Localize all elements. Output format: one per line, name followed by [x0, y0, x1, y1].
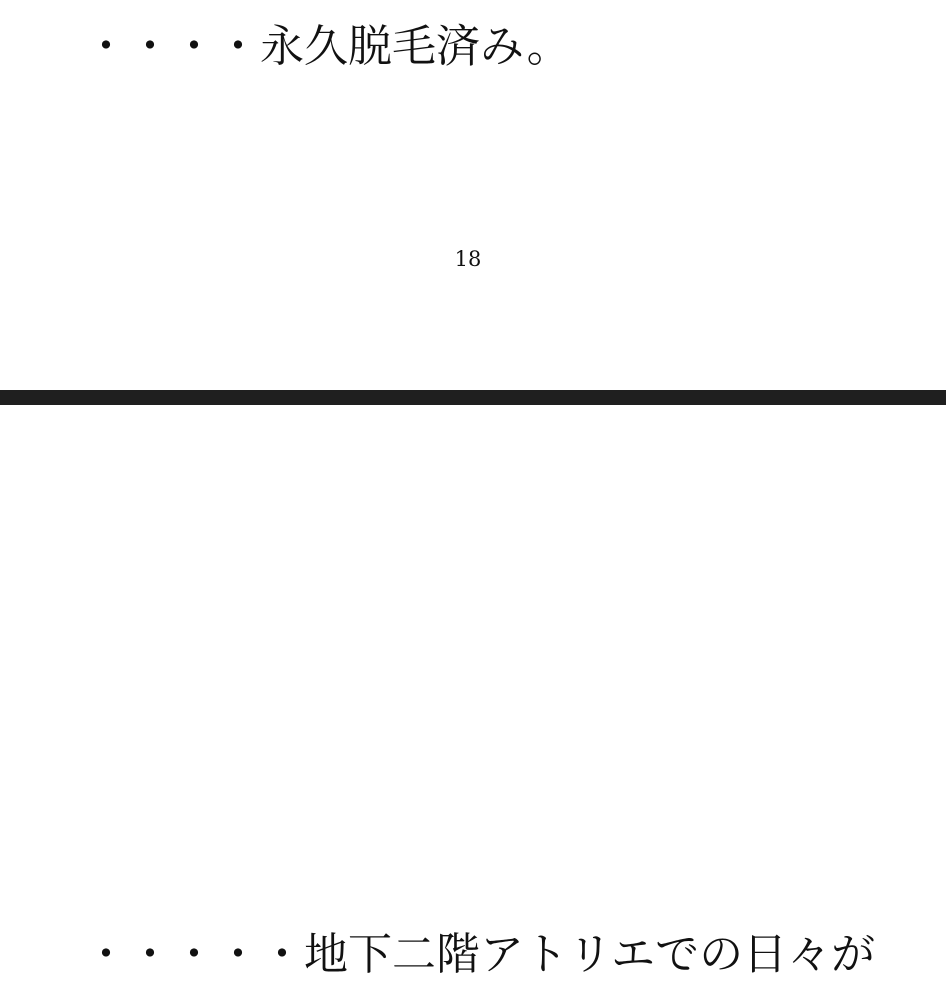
page-current: ・・・・永久脱毛済み。 18: [0, 0, 946, 390]
page-next: ・・・・・地下二階アトリエでの日々が: [0, 405, 946, 995]
reader-viewport[interactable]: ・・・・永久脱毛済み。 18 ・・・・・地下二階アトリエでの日々が: [0, 0, 946, 995]
next-page-text-line: ・・・・・地下二階アトリエでの日々が: [84, 933, 875, 977]
page-text-line: ・・・・永久脱毛済み。: [84, 25, 571, 69]
page-number: 18: [0, 249, 936, 270]
page-separator-bar: [0, 390, 946, 405]
